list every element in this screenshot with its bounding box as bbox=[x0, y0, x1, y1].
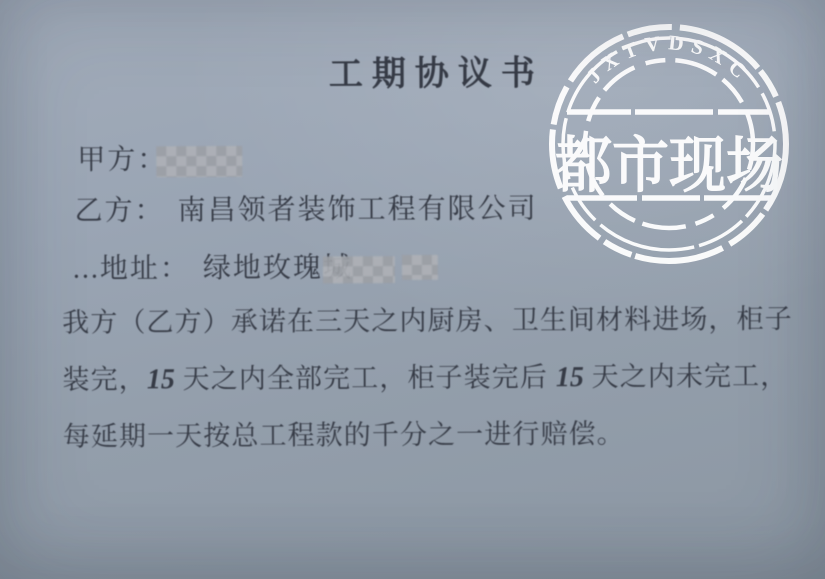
party-a-label: 甲方： bbox=[77, 144, 167, 175]
duration-number: 15 bbox=[556, 362, 584, 393]
body-text-segment: 装完， bbox=[62, 364, 146, 394]
body-text-segment: 天之内全部完工，柜子装完后 bbox=[175, 362, 556, 394]
document-photo: 工期协议书 甲方： 乙方： 南昌领者装饰工程有限公司 ...地址： 绿地玫瑰城 … bbox=[0, 0, 825, 579]
body-line-3: 每延期一天按总工程款的千分之一进行赔偿。 bbox=[63, 415, 625, 456]
body-text-segment: 每延期一天按总工程款的千分之一进行赔偿。 bbox=[63, 419, 625, 452]
field-row-party-a: 甲方： bbox=[77, 142, 167, 178]
address-label: ...地址： bbox=[73, 253, 190, 285]
body-text-segment: 天之内未完工， bbox=[584, 361, 789, 392]
document-title: 工期协议书 bbox=[329, 45, 544, 95]
body-line-2: 装完，15 天之内全部完工，柜子装完后 15 天之内未完工， bbox=[62, 357, 788, 400]
news-watermark-stamp: JXTVDSXC 都市现场 bbox=[534, 10, 804, 280]
body-text-segment: 我方（乙方）承诺在三天之内厨房、卫生间材料进场，柜子 bbox=[62, 304, 793, 338]
address-redaction-blur-2 bbox=[402, 255, 438, 280]
address-redaction-blur-1 bbox=[323, 256, 395, 283]
stamp-main-text: 都市现场 bbox=[554, 131, 783, 199]
party-b-label: 乙方： bbox=[75, 195, 165, 226]
field-row-address: ...地址： 绿地玫瑰城 bbox=[73, 250, 353, 287]
party-b-value: 南昌领者装饰工程有限公司 bbox=[178, 193, 538, 226]
duration-number: 15 bbox=[147, 364, 175, 395]
stamp-arc-text: JXTVDSXC bbox=[582, 30, 757, 88]
field-row-party-b: 乙方： 南昌领者装饰工程有限公司 bbox=[74, 191, 537, 229]
body-line-1: 我方（乙方）承诺在三天之内厨房、卫生间材料进场，柜子 bbox=[62, 300, 793, 342]
party-a-redaction-blur bbox=[156, 146, 242, 177]
